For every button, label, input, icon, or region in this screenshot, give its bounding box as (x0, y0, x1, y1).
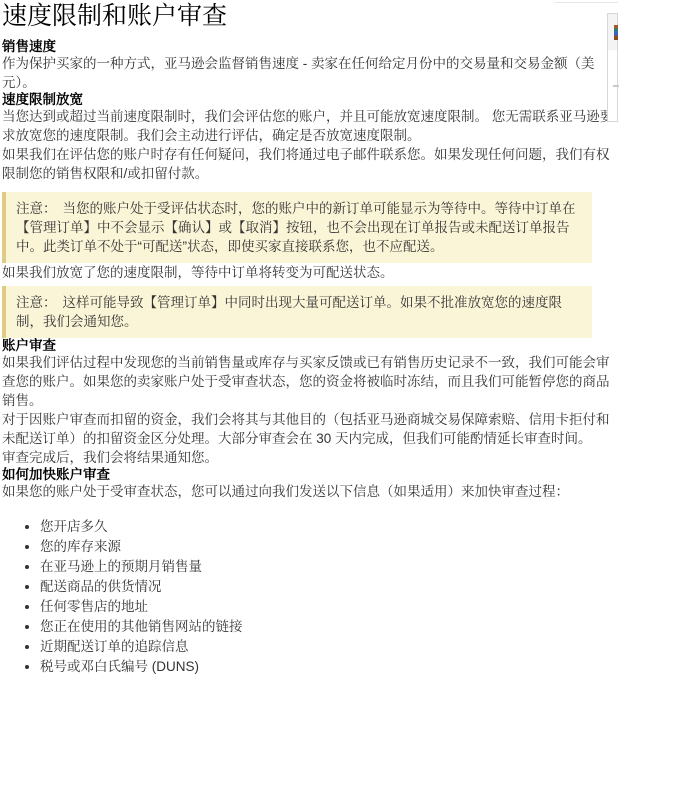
note-label: 注意： (16, 201, 57, 216)
paragraph-limit-relax-3: 如果我们放宽了您的速度限制，等待中订单将转变为可配送状态。 (2, 263, 622, 282)
paragraph-expedite-intro: 如果您的账户处于受审查状态，您可以通过向我们发送以下信息（如果适用）来加快审查过… (2, 482, 622, 501)
paragraph-limit-relax-2: 如果我们在评估您的账户时存有任何疑问，我们将通过电子邮件联系您。如果发现任何问题… (2, 145, 622, 183)
side-panel-header (608, 14, 617, 50)
heading-sales-velocity: 销售速度 (2, 39, 622, 54)
list-item: 配送商品的供货情况 (40, 577, 622, 597)
paragraph-account-review-3: 审查完成后，我们会将结果通知您。 (2, 448, 622, 467)
paragraph-sales-velocity: 作为保护买家的一种方式，亚马逊会监督销售速度 - 卖家在任何给定月份中的交易量和… (2, 54, 622, 92)
note-box-shippable-orders: 注意：这样可能导致【管理订单】中同时出现大量可配送订单。如果不批准放宽您的速度限… (2, 286, 592, 338)
top-divider-line (555, 2, 618, 3)
page-title: 速度限制和账户审查 (2, 2, 622, 30)
list-item: 您的库存来源 (40, 537, 622, 557)
list-item: 在亚马逊上的预期月销售量 (40, 557, 622, 577)
list-item: 您开店多久 (40, 517, 622, 537)
heading-expedite-review: 如何加快账户审查 (2, 467, 622, 482)
panel-dash-icon (613, 85, 619, 87)
list-item: 您正在使用的其他销售网站的链接 (40, 617, 622, 637)
paragraph-account-review-1: 如果我们评估过程中发现您的当前销售量或库存与买家反馈或已有销售历史记录不一致，我… (2, 353, 622, 410)
note-text: 这样可能导致【管理订单】中同时出现大量可配送订单。如果不批准放宽您的速度限制，我… (16, 295, 562, 329)
expedite-info-list: 您开店多久您的库存来源在亚马逊上的预期月销售量配送商品的供货情况任何零售店的地址… (2, 517, 622, 677)
list-item: 近期配送订单的追踪信息 (40, 637, 622, 657)
list-item: 任何零售店的地址 (40, 597, 622, 617)
cutoff-side-panel[interactable] (607, 13, 618, 122)
heading-account-review: 账户审查 (2, 338, 622, 353)
help-article-page: { "title": "速度限制和账户审查", "note_label": "注… (0, 0, 698, 804)
heading-limit-relax: 速度限制放宽 (2, 92, 622, 107)
note-label: 注意： (16, 295, 57, 310)
paragraph-account-review-2: 对于因账户审查而扣留的资金，我们会将其与其他目的（包括亚马逊商城交易保障索赔、信… (2, 410, 622, 448)
note-box-pending-orders: 注意：当您的账户处于受评估状态时，您的账户中的新订单可能显示为等待中。等待中订单… (2, 192, 592, 263)
list-item: 税号或邓白氏编号 (DUNS) (40, 657, 622, 677)
note-text: 当您的账户处于受评估状态时，您的账户中的新订单可能显示为等待中。等待中订单在【管… (16, 201, 576, 254)
paragraph-limit-relax-1: 当您达到或超过当前速度限制时，我们会评估您的账户，并且可能放宽速度限制。 您无需… (2, 107, 622, 145)
logo-icon (614, 25, 618, 40)
article-content: 速度限制和账户审查 销售速度 作为保护买家的一种方式，亚马逊会监督销售速度 - … (0, 0, 622, 677)
